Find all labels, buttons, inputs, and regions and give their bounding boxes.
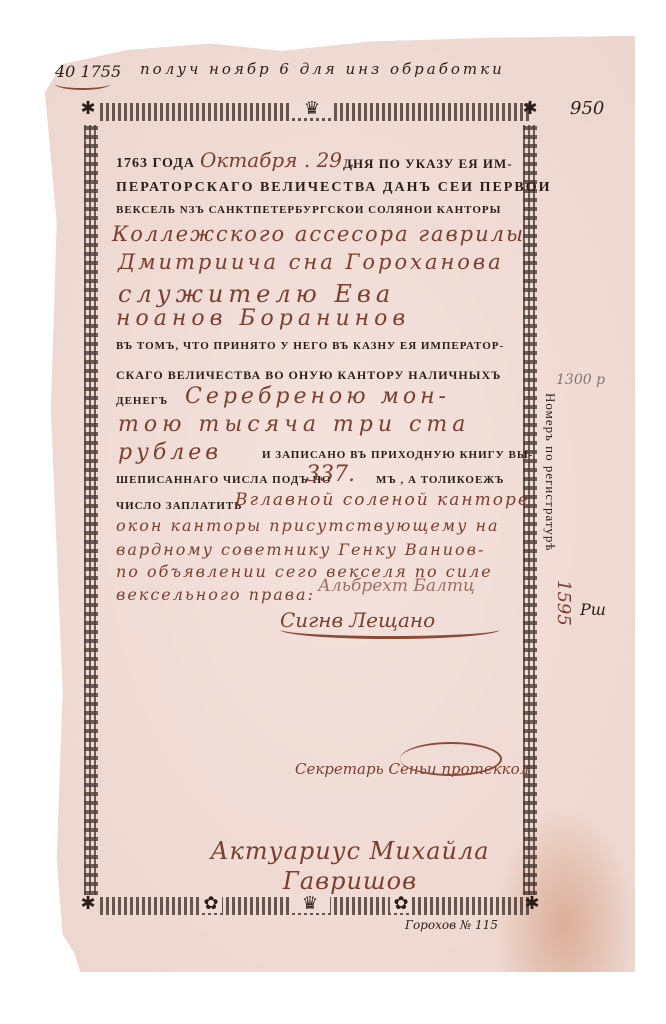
flower-ornament-bottom-left: ✿: [200, 895, 222, 913]
signature-3-flourish: [400, 742, 502, 776]
printed-line-1: ДНЯ ПО УКАЗУ ЕЯ ИМ-: [343, 156, 513, 172]
payee-line-3: вардному советнику Генку Ваниов-: [116, 540, 485, 559]
payee-line-2: окон канторы присутствующему на: [116, 516, 500, 535]
printed-line-9: МЪ , А ТОЛИКОЕЖЪ: [376, 474, 504, 486]
signature-4: Актуариус Михайла Гавришов: [190, 836, 510, 896]
signature-1: Альбрехт Балтц: [318, 576, 475, 596]
printed-line-6: ДЕНЕГЪ: [116, 395, 168, 407]
crown-ornament-bottom: ♛: [290, 895, 330, 913]
printed-year: 1763 ГОДА: [116, 156, 195, 172]
signature-2-flourish: [280, 620, 500, 639]
corner-dots-top-left: ✱: [78, 100, 98, 118]
top-reference-flourish: [55, 78, 110, 90]
printed-line-10: ЧИСЛО ЗАПЛАТИТЬ: [116, 500, 243, 512]
printed-line-4: ВЪ ТОМЪ, ЧТО ПРИНЯТО У НЕГО ВЪ КАЗНУ ЕЯ …: [116, 340, 504, 352]
printed-line-2: ПЕРАТОРСКАГО ВЕЛИЧЕСТВА ДАНЪ СЕИ ПЕРВОИ: [116, 180, 551, 196]
initials: Рш: [580, 600, 606, 619]
register-number: 1595: [553, 580, 574, 626]
flower-ornament-bottom-right: ✿: [390, 895, 412, 913]
crown-ornament-top: ♛: [292, 100, 332, 118]
recipient-line-3: служителю Ева: [118, 280, 395, 308]
handwritten-date: Октабря . 29 .: [200, 148, 355, 172]
amount-line-2: тою тысяча три ста: [118, 412, 470, 437]
register-label-vertical: Номеръ по регистратурѣ: [542, 393, 558, 552]
top-note: получ ноябр 6 для инз обработки: [140, 60, 505, 78]
bottom-note: Горохов № 115: [405, 918, 498, 932]
printed-line-8: ШЕПИСАННАГО ЧИСЛА ПОДЪ НО: [116, 474, 332, 486]
recipient-line-2: Дмитриича сна Гороханова: [118, 250, 504, 274]
payee-line-5: вексельного права:: [116, 585, 315, 604]
top-number: 950: [570, 98, 604, 119]
payee-line-1: Вглавной соленой канторе: [235, 490, 530, 510]
printed-line-7: И ЗАПИСАНО ВЪ ПРИХОДНУЮ КНИГУ ВЫ-: [262, 449, 533, 461]
printed-line-5: СКАГО ВЕЛИЧЕСТВА ВО ОНУЮ КАНТОРУ НАЛИЧНЫ…: [116, 368, 501, 383]
recipient-line-1: Коллежского ассесора гаврилы: [112, 222, 525, 246]
entry-number: 337.: [306, 462, 355, 487]
amount-line-3: рублев: [118, 440, 222, 465]
corner-dots-top-right: ✱: [520, 100, 540, 118]
border-left: [84, 125, 98, 895]
pencil-amount: 1300 р: [556, 372, 605, 388]
corner-dots-bottom-left: ✱: [78, 895, 98, 913]
amount-line-1: Серебреною мон-: [185, 384, 450, 409]
printed-line-3: ВЕКСЕЛЬ NЗЪ САНКТПЕТЕРБУРГСКОИ СОЛЯНОИ К…: [116, 204, 501, 216]
corner-dots-bottom-right: ✱: [522, 895, 542, 913]
recipient-line-4: ноанов Боранинов: [116, 306, 410, 331]
